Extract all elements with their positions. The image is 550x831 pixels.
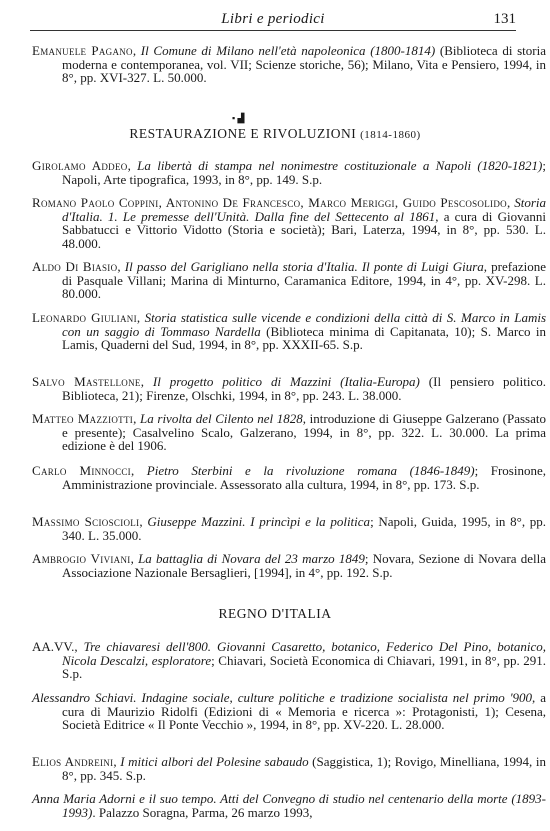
bibliography-entry: AA.VV., Tre chiavaresi dell'800. Giovann… [32, 640, 546, 681]
page-number: 131 [494, 11, 517, 28]
section-title: REGNO D'ITALIA [0, 606, 550, 622]
bibliography-entry: Salvo Mastellone, Il progetto politico d… [32, 375, 546, 402]
bibliography-entry: Anna Maria Adorni e il suo tempo. Atti d… [32, 792, 546, 819]
section-dates: (1814-1860) [360, 129, 421, 141]
bibliography-entry: Elios Andreini, I mitici albori del Pole… [32, 755, 546, 782]
running-title: Libri e periodici [30, 11, 516, 28]
bibliography-entry: Massimo Scioscioli, Giuseppe Mazzini. I … [32, 515, 546, 542]
book-page: Libri e periodici 131 Emanuele Pagano, I… [0, 0, 550, 831]
bibliography-entry: Aldo Di Biasio, Il passo del Garigliano … [32, 260, 546, 301]
bibliography-entry: Romano Paolo Coppini, Antonino De France… [32, 196, 546, 250]
section-title-text: REGNO D'ITALIA [219, 606, 332, 621]
entry-details: . Palazzo Soragna, Parma, 26 marzo 1993, [92, 805, 312, 820]
section-title-text: RESTAURAZIONE E RIVOLUZIONI [129, 126, 356, 141]
stray-mark: ▪ ▟ [232, 113, 244, 124]
running-head: Libri e periodici 131 [30, 8, 516, 31]
entry-title: Giuseppe Mazzini. I princìpi e la politi… [147, 514, 370, 529]
section-title: RESTAURAZIONE E RIVOLUZIONI (1814-1860) [0, 126, 550, 142]
bibliography-entry: Leonardo Giuliani, Storia statistica sul… [32, 311, 546, 352]
bibliography-entry: Ambrogio Viviani, La battaglia di Novara… [32, 552, 546, 579]
bibliography-entry: Alessandro Schiavi. Indagine sociale, cu… [32, 691, 546, 732]
bibliography-entry: Carlo Minnocci, Pietro Sterbini e la riv… [32, 464, 546, 491]
bibliography-entry: Emanuele Pagano, Il Comune di Milano nel… [32, 44, 546, 85]
bibliography-entry: Girolamo Addeo, La libertà di stampa nel… [32, 159, 546, 186]
entry-title: I mitici albori del Polesine sabaudo [120, 754, 308, 769]
bibliography-entry: Matteo Mazziotti, La rivolta del Cilento… [32, 412, 546, 453]
